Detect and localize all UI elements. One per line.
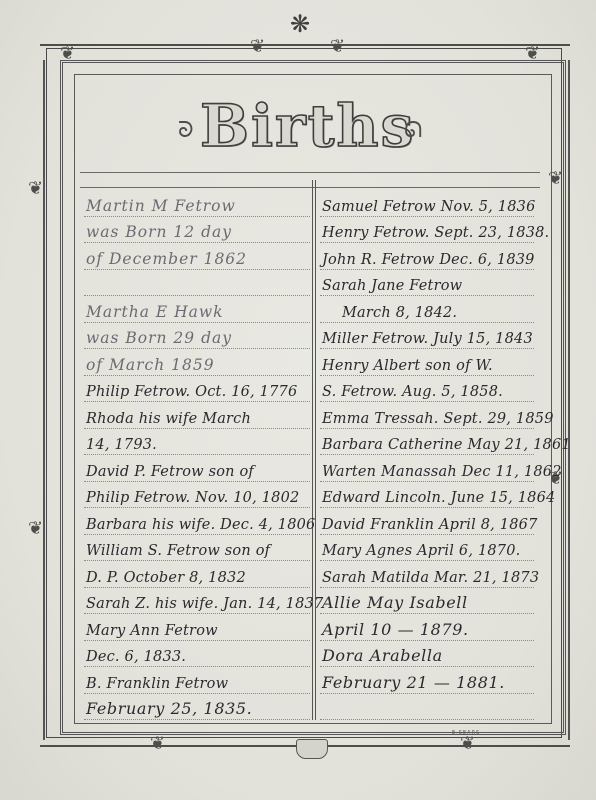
title-ornament-bar [80, 172, 540, 188]
ledger-line: Rhoda his wife March [84, 402, 310, 429]
ledger-line: S. Fetrow. Aug. 5, 1858. [320, 376, 534, 403]
title-flourish-left-icon: ᘐ [178, 118, 194, 143]
entry-text: of December 1862 [86, 250, 247, 268]
ivy-leaf-icon: ❦ [250, 38, 265, 56]
ivy-leaf-icon: ❦ [548, 170, 563, 188]
entry-text: Dec. 6, 1833. [86, 649, 186, 665]
entry-text: was Born 29 day [86, 329, 232, 347]
ivy-leaf-icon: ❦ [28, 180, 43, 198]
ledger-line: Barbara Catherine May 21, 1861 [320, 429, 534, 456]
entry-text: Sarah Z. his wife. Jan. 14, 1837 [86, 596, 323, 612]
ledger-line: of March 1859 [84, 349, 310, 376]
entry-text: Martha E Hawk [86, 303, 224, 321]
ledger-line: Dec. 6, 1833. [84, 641, 310, 668]
entry-text: February 25, 1835. [86, 699, 252, 718]
entry-text: David P. Fetrow son of [86, 464, 254, 480]
entry-text: Samuel Fetrow Nov. 5, 1836 [322, 199, 536, 215]
entry-text: John R. Fetrow Dec. 6, 1839 [322, 252, 535, 268]
entry-text: 14, 1793. [86, 437, 157, 453]
entry-text: William S. Fetrow son of [86, 543, 270, 559]
entry-text: Sarah Jane Fetrow [322, 278, 462, 294]
frame-right-rule [568, 60, 570, 740]
entry-text: Martin M Fetrow [86, 197, 236, 215]
entry-text: Edward Lincoln. June 15, 1864 [322, 490, 555, 506]
ledger-line: April 10 — 1879. [320, 614, 534, 641]
entry-text: Henry Fetrow. Sept. 23, 1838. [322, 225, 549, 241]
ledger-line: 14, 1793. [84, 429, 310, 456]
ledger-left-column: Martin M Fetrow was Born 12 day of Decem… [84, 190, 310, 720]
ledger-line: Mary Agnes April 6, 1870. [320, 535, 534, 562]
entry-text: D. P. October 8, 1832 [86, 570, 246, 586]
ledger-line: Martin M Fetrow [84, 190, 310, 217]
births-ledger: Martin M Fetrow was Born 12 day of Decem… [84, 190, 538, 710]
entry-text: Barbara his wife. Dec. 4, 1806 [86, 517, 315, 533]
entry-text: S. Fetrow. Aug. 5, 1858. [322, 384, 503, 400]
entry-text: February 21 — 1881. [322, 673, 505, 692]
entry-text: Mary Agnes April 6, 1870. [322, 543, 520, 559]
ledger-line: Sarah Z. his wife. Jan. 14, 1837 [84, 588, 310, 615]
ledger-line: Henry Fetrow. Sept. 23, 1838. [320, 217, 534, 244]
ledger-line: Emma Tressah. Sept. 29, 1859 [320, 402, 534, 429]
ledger-right-column: Samuel Fetrow Nov. 5, 1836 Henry Fetrow.… [320, 190, 534, 720]
printer-mark: E.SEARS [452, 730, 480, 736]
frame-top-rule [40, 44, 570, 46]
ledger-line: was Born 29 day [84, 323, 310, 350]
ledger-line: was Born 12 day [84, 217, 310, 244]
ledger-line [320, 694, 534, 721]
entry-text: was Born 12 day [86, 223, 232, 241]
ivy-leaf-icon: ❦ [150, 735, 165, 753]
ledger-line: Philip Fetrow. Oct. 16, 1776 [84, 376, 310, 403]
ledger-line: February 21 — 1881. [320, 667, 534, 694]
ledger-line [84, 270, 310, 297]
ledger-line: Barbara his wife. Dec. 4, 1806 [84, 508, 310, 535]
ledger-line: Allie May Isabell [320, 588, 534, 615]
entry-text: Emma Tressah. Sept. 29, 1859 [322, 411, 554, 427]
entry-text: Philip Fetrow. Oct. 16, 1776 [86, 384, 297, 400]
ledger-line: William S. Fetrow son of [84, 535, 310, 562]
entry-text: March 8, 1842. [342, 305, 457, 321]
ledger-line: David P. Fetrow son of [84, 455, 310, 482]
entry-text: April 10 — 1879. [322, 620, 469, 639]
entry-text: David Franklin April 8, 1867 [322, 517, 538, 533]
entry-text: Miller Fetrow. July 15, 1843 [322, 331, 533, 347]
entry-text: Sarah Matilda Mar. 21, 1873 [322, 570, 539, 586]
ledger-line: Mary Ann Fetrow [84, 614, 310, 641]
ivy-leaf-icon: ❦ [330, 38, 345, 56]
entry-text: Dora Arabella [322, 646, 443, 665]
ledger-line: Philip Fetrow. Nov. 10, 1802 [84, 482, 310, 509]
page-title: Births [200, 92, 400, 172]
ledger-line: John R. Fetrow Dec. 6, 1839 [320, 243, 534, 270]
entry-text: Warten Manassah Dec 11, 1862 [322, 464, 562, 480]
ivy-leaf-icon: ❦ [460, 735, 475, 753]
entry-text: Henry Albert son of W. [322, 358, 493, 374]
ledger-line: Warten Manassah Dec 11, 1862 [320, 455, 534, 482]
entry-text: B. Franklin Fetrow [86, 676, 228, 692]
ledger-line: February 25, 1835. [84, 694, 310, 721]
ledger-line: March 8, 1842. [320, 296, 534, 323]
ledger-line: Dora Arabella [320, 641, 534, 668]
ledger-line: of December 1862 [84, 243, 310, 270]
entry-text: Rhoda his wife March [86, 411, 251, 427]
ledger-line: D. P. October 8, 1832 [84, 561, 310, 588]
register-page: ❋ ❦ ❦ ❦ ❦ ❦ ❦ ❦ ❦ ❦ ❦ ᘐ Births ᘏ Martin … [0, 0, 596, 800]
entry-text: Allie May Isabell [322, 593, 468, 612]
entry-text: Philip Fetrow. Nov. 10, 1802 [86, 490, 299, 506]
entry-text: of March 1859 [86, 356, 215, 374]
ledger-line: B. Franklin Fetrow [84, 667, 310, 694]
ivy-leaf-icon: ❦ [28, 520, 43, 538]
ledger-line: Edward Lincoln. June 15, 1864 [320, 482, 534, 509]
entry-text: Barbara Catherine May 21, 1861 [322, 437, 571, 453]
ledger-line: Samuel Fetrow Nov. 5, 1836 [320, 190, 534, 217]
sunburst-ornament-icon: ❋ [290, 10, 310, 38]
ivy-leaf-icon: ❦ [60, 45, 75, 63]
ivy-leaf-icon: ❦ [525, 45, 540, 63]
ledger-line: Sarah Jane Fetrow [320, 270, 534, 297]
ledger-line: Henry Albert son of W. [320, 349, 534, 376]
entry-text: Mary Ann Fetrow [86, 623, 218, 639]
title-flourish-right-icon: ᘏ [404, 118, 422, 143]
ledger-line: Miller Fetrow. July 15, 1843 [320, 323, 534, 350]
frame-left-rule [43, 60, 45, 740]
ledger-line: Martha E Hawk [84, 296, 310, 323]
crest-ornament [296, 739, 328, 759]
ledger-line: David Franklin April 8, 1867 [320, 508, 534, 535]
ledger-line: Sarah Matilda Mar. 21, 1873 [320, 561, 534, 588]
